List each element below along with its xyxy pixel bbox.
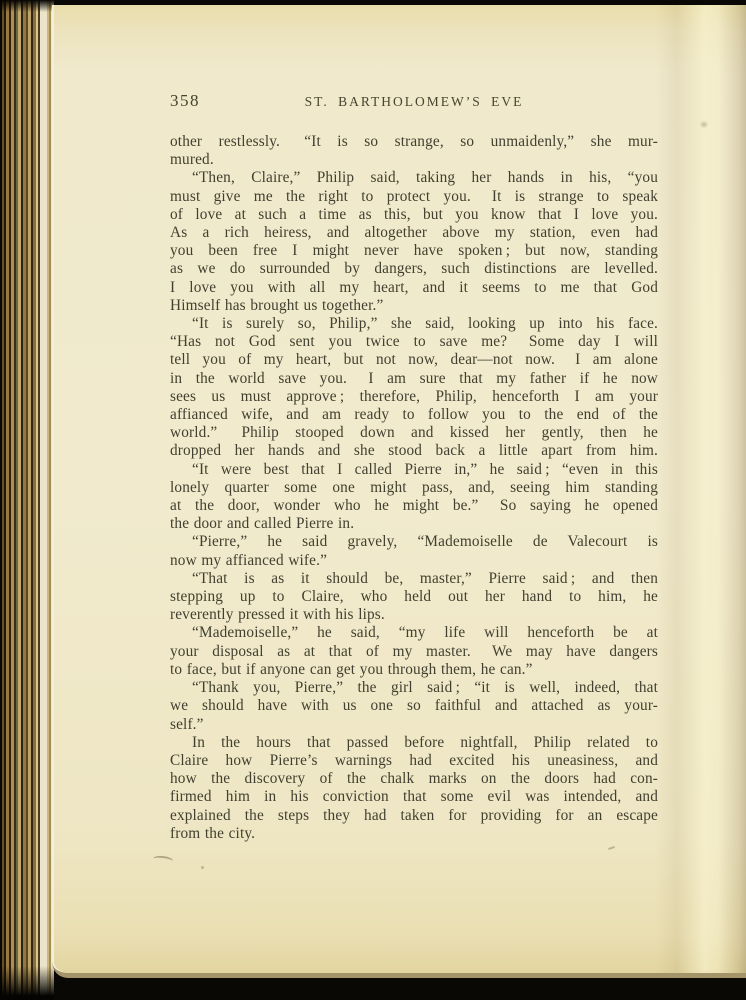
paragraph: “Pierre,” he said gravely, “Mademoiselle… bbox=[170, 533, 658, 569]
text-line: lonely quarter some one might pass, and,… bbox=[170, 479, 658, 497]
text-line: the door and called Pierre in. bbox=[170, 515, 658, 533]
text-line: “It were best that I called Pierre in,” … bbox=[170, 461, 658, 479]
paragraph: “Mademoiselle,” he said, “my life will h… bbox=[170, 624, 658, 679]
text-line: reverently pressed it with his lips. bbox=[170, 606, 658, 624]
text-line: your disposal as at that of my master. W… bbox=[170, 643, 658, 661]
text-line: world.” Philip stooped down and kissed h… bbox=[170, 424, 658, 442]
text-line: sees us must approve ; therefore, Philip… bbox=[170, 388, 658, 406]
paragraph: “That is as it should be, master,” Pierr… bbox=[170, 570, 658, 625]
pencil-mark bbox=[153, 855, 174, 865]
paragraph: other restlessly. “It is so strange, so … bbox=[170, 133, 658, 169]
book-page: 358 ST. BARTHOLOMEW’S EVE other restless… bbox=[52, 5, 746, 978]
paragraph: “It were best that I called Pierre in,” … bbox=[170, 461, 658, 534]
text-line: other restlessly. “It is so strange, so … bbox=[170, 133, 658, 151]
paragraph: “It is surely so, Philip,” she said, loo… bbox=[170, 315, 658, 461]
paper-speck bbox=[201, 866, 204, 869]
text-line: in the world save you. I am sure that my… bbox=[170, 370, 658, 388]
text-line: I love you with all my heart, and it see… bbox=[170, 279, 658, 297]
text-line: “Then, Claire,” Philip said, taking her … bbox=[170, 169, 658, 187]
text-line: from the city. bbox=[170, 825, 658, 843]
text-line: In the hours that passed before nightfal… bbox=[170, 734, 658, 752]
text-line: “That is as it should be, master,” Pierr… bbox=[170, 570, 658, 588]
text-line: must give me the right to protect you. I… bbox=[170, 188, 658, 206]
text-line: stepping up to Claire, who held out her … bbox=[170, 588, 658, 606]
running-header: 358 ST. BARTHOLOMEW’S EVE bbox=[170, 91, 658, 115]
text-line: tell you of my heart, but not now, dear—… bbox=[170, 351, 658, 369]
text-line: explained the steps they had taken for p… bbox=[170, 807, 658, 825]
paper-speck bbox=[701, 122, 707, 127]
text-line: “It is surely so, Philip,” she said, loo… bbox=[170, 315, 658, 333]
text-line: “Has not God sent you twice to save me? … bbox=[170, 333, 658, 351]
text-line: Claire how Pierre’s warnings had excited… bbox=[170, 752, 658, 770]
running-title: ST. BARTHOLOMEW’S EVE bbox=[170, 91, 658, 110]
paragraph: In the hours that passed before nightfal… bbox=[170, 734, 658, 843]
page-edge-stack bbox=[0, 0, 54, 1000]
text-line: “Thank you, Pierre,” the girl said ; “it… bbox=[170, 679, 658, 697]
text-line: now my affianced wife.” bbox=[170, 552, 658, 570]
text-line: As a rich heiress, and altogether above … bbox=[170, 224, 658, 242]
text-line: how the discovery of the chalk marks on … bbox=[170, 770, 658, 788]
text-block: other restlessly. “It is so strange, so … bbox=[170, 133, 658, 843]
text-line: you been free I might never have spoken … bbox=[170, 242, 658, 260]
text-line: dropped her hands and she stood back a l… bbox=[170, 442, 658, 460]
text-line: to face, but if anyone can get you throu… bbox=[170, 661, 658, 679]
paragraph: “Thank you, Pierre,” the girl said ; “it… bbox=[170, 679, 658, 734]
text-line: affianced wife, and am ready to follow y… bbox=[170, 406, 658, 424]
text-line: at the door, wonder who he might be.” So… bbox=[170, 497, 658, 515]
text-line: “Mademoiselle,” he said, “my life will h… bbox=[170, 624, 658, 642]
page-number: 358 bbox=[170, 91, 200, 111]
text-line: mured. bbox=[170, 151, 658, 169]
paper-speck bbox=[608, 846, 615, 850]
text-line: firmed him in his conviction that some e… bbox=[170, 788, 658, 806]
text-line: Himself has brought us together.” bbox=[170, 297, 658, 315]
text-line: self.” bbox=[170, 716, 658, 734]
text-line: of love at such a time as this, but you … bbox=[170, 206, 658, 224]
text-line: as we do surrounded by dangers, such dis… bbox=[170, 260, 658, 278]
paragraph: “Then, Claire,” Philip said, taking her … bbox=[170, 169, 658, 315]
text-line: we should have with us one so faithful a… bbox=[170, 697, 658, 715]
text-line: “Pierre,” he said gravely, “Mademoiselle… bbox=[170, 533, 658, 551]
